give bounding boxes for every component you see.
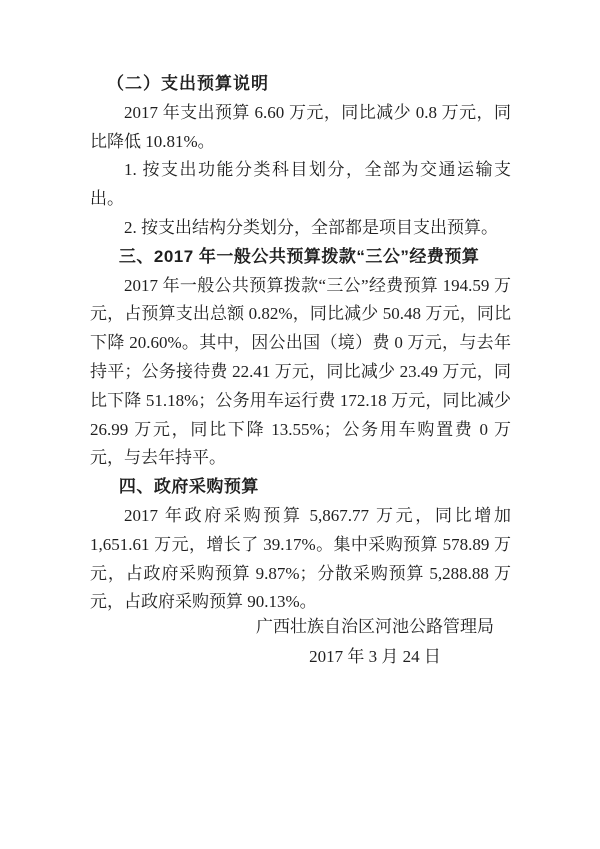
section-heading-government-procurement: 四、政府采购预算 [90, 473, 511, 502]
paragraph-government-procurement: 2017 年政府采购预算 5,867.77 万元，同比增加 1,651.61 万… [90, 502, 511, 617]
list-item-function-classification: 1. 按支出功能分类科目划分，全部为交通运输支出。 [90, 156, 511, 214]
paragraph-three-public-funds: 2017 年一般公共预算拨款“三公”经费预算 194.59 万元，占预算支出总额… [90, 272, 511, 474]
signature-date: 2017 年 3 月 24 日 [256, 642, 494, 672]
section-heading-expenditure-explanation: （二）支出预算说明 [90, 70, 511, 99]
signature-organization: 广西壮族自治区河池公路管理局 [256, 612, 494, 642]
document-content: （二）支出预算说明 2017 年支出预算 6.60 万元，同比减少 0.8 万元… [90, 70, 511, 617]
list-item-structure-classification: 2. 按支出结构分类划分，全部都是项目支出预算。 [90, 214, 511, 243]
paragraph-expenditure-budget: 2017 年支出预算 6.60 万元，同比减少 0.8 万元，同比降低 10.8… [90, 99, 511, 157]
signature-block: 广西壮族自治区河池公路管理局 2017 年 3 月 24 日 [256, 612, 494, 671]
section-heading-three-public-funds: 三、2017 年一般公共预算拨款“三公”经费预算 [90, 243, 511, 272]
document-page: （二）支出预算说明 2017 年支出预算 6.60 万元，同比减少 0.8 万元… [0, 0, 600, 849]
